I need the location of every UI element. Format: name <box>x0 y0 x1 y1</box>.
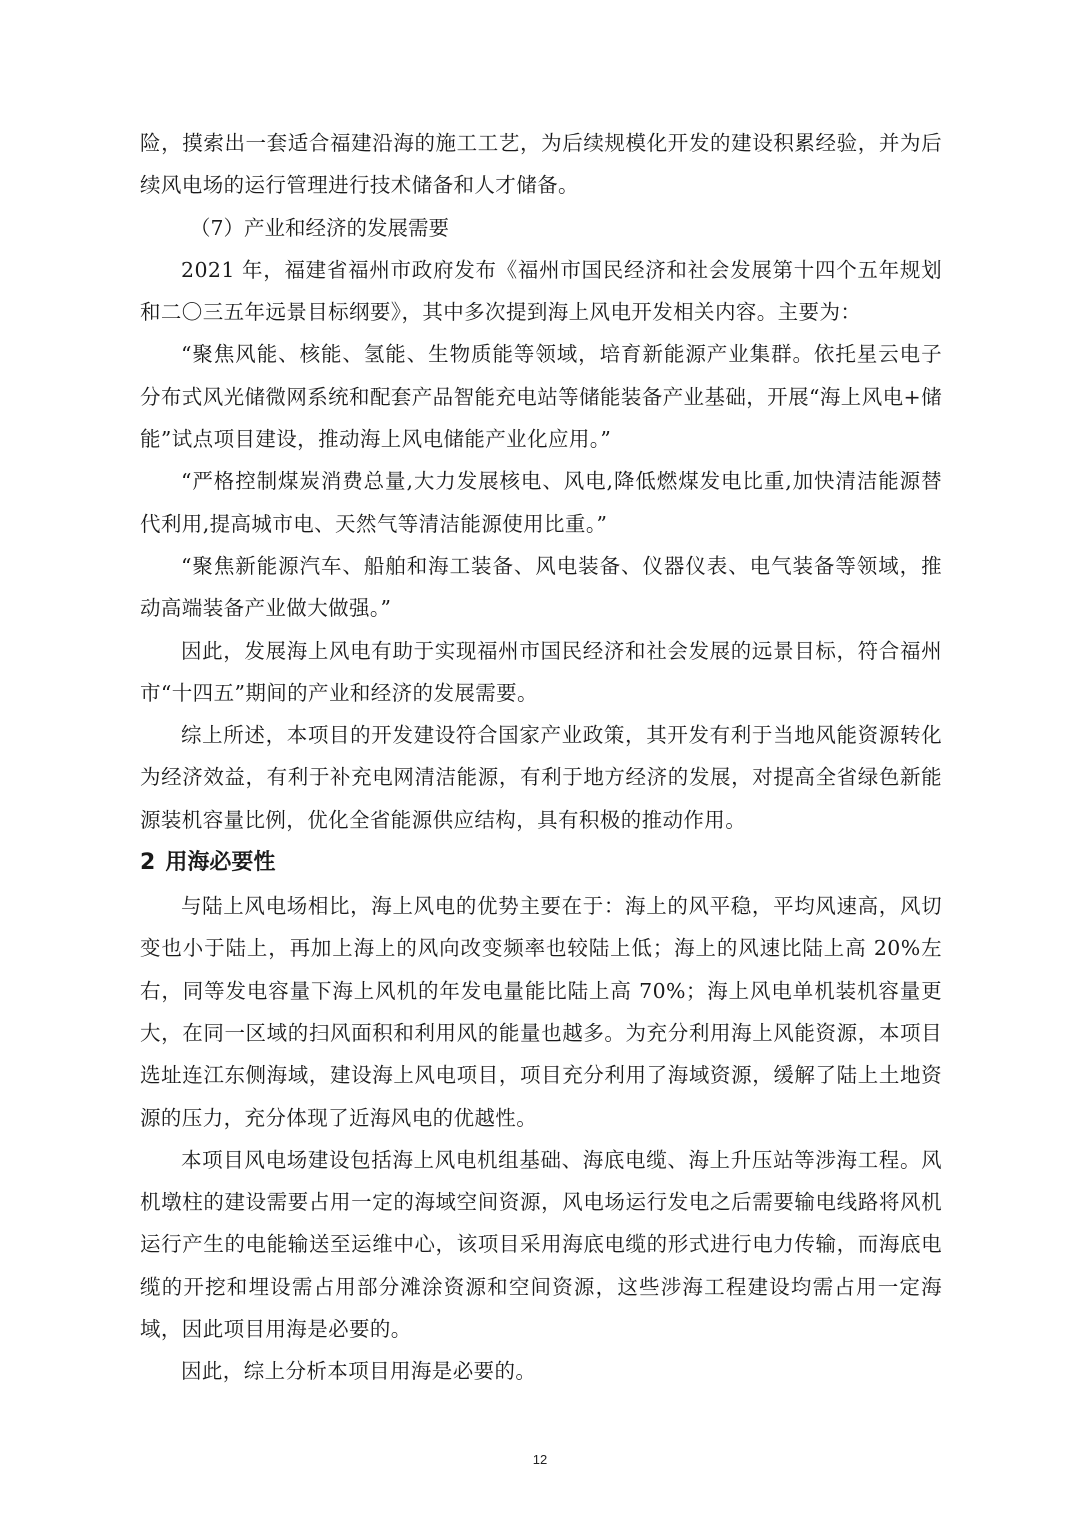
paragraph-project-construction: 本项目风电场建设包括海上风电机组基础、海底电缆、海上升压站等涉海工程。风机墩柱的… <box>140 1139 942 1350</box>
quote-coal-control: “严格控制煤炭消费总量,大力发展核电、风电,降低燃煤发电比重,加快清洁能源替代利… <box>140 460 942 545</box>
section-heading-sea-use-necessity: 2用海必要性 <box>140 841 942 885</box>
section-title-text: 用海必要性 <box>165 850 275 875</box>
section-number: 2 <box>140 850 155 875</box>
paragraph-fuzhou-plan: 2021 年，福建省福州市政府发布《福州市国民经济和社会发展第十四个五年规划和二… <box>140 249 942 334</box>
subheading-industry-economy: （7）产业和经济的发展需要 <box>140 207 942 249</box>
paragraph-offshore-advantages: 与陆上风电场相比，海上风电的优势主要在于：海上的风平稳，平均风速高，风切变也小于… <box>140 885 942 1139</box>
document-page: 险，摸索出一套适合福建沿海的施工工艺，为后续规模化开发的建设积累经验，并为后续风… <box>140 122 942 1393</box>
paragraph-continuation: 险，摸索出一套适合福建沿海的施工工艺，为后续规模化开发的建设积累经验，并为后续风… <box>140 122 942 207</box>
quote-new-energy-cluster: “聚焦风能、核能、氢能、生物质能等领域，培育新能源产业集群。依托星云电子分布式风… <box>140 333 942 460</box>
paragraph-conclusion-fuzhou: 因此，发展海上风电有助于实现福州市国民经济和社会发展的远景目标，符合福州市“十四… <box>140 630 942 715</box>
quote-high-end-equipment: “聚焦新能源汽车、船舶和海工装备、风电装备、仪器仪表、电气装备等领域，推动高端装… <box>140 545 942 630</box>
paragraph-final-conclusion: 因此，综上分析本项目用海是必要的。 <box>140 1350 942 1392</box>
page-number: 12 <box>0 1452 1080 1467</box>
paragraph-summary: 综上所述，本项目的开发建设符合国家产业政策，其开发有利于当地风能资源转化为经济效… <box>140 714 942 841</box>
